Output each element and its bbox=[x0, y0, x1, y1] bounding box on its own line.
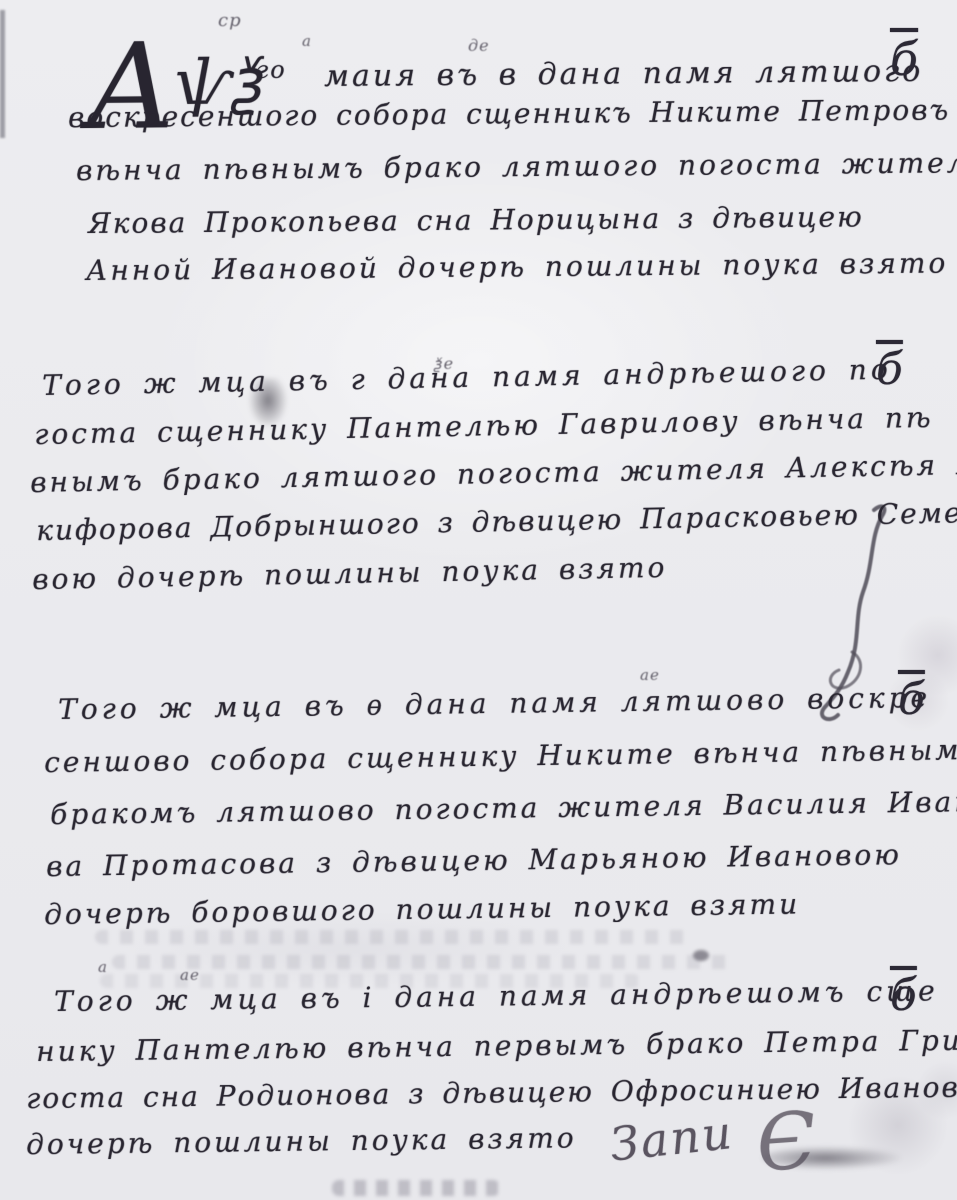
margin-fee-mark: б bbox=[898, 678, 925, 722]
superscript-mark: ае bbox=[640, 668, 660, 683]
manuscript-line: госта сщеннику Пантелѣю Гаврилову вѣнча … bbox=[34, 404, 934, 449]
manuscript-line: бракомъ лятшово погоста жителя Василия И… bbox=[50, 788, 957, 829]
manuscript-line: сеншово собора сщеннику Никите вѣнча пѣв… bbox=[44, 736, 957, 777]
manuscript-line: нику Пантелѣю вѣнча первымъ брако Петра … bbox=[36, 1027, 957, 1066]
bleed-through-text bbox=[95, 930, 695, 944]
superscript-mark: а bbox=[302, 34, 312, 49]
manuscript-line: Анной Ивановой дочерѣ пошлины поука взят… bbox=[86, 249, 948, 285]
bleed-through-text bbox=[112, 955, 732, 969]
scan-edge-artifact bbox=[0, 10, 5, 138]
manuscript-line: госта сна Родионова з дѣвицею Офросиниею… bbox=[26, 1073, 957, 1113]
bleed-through-text bbox=[332, 1180, 500, 1196]
manuscript-line: маия въ в дана памя лятшого bbox=[324, 57, 923, 92]
margin-fee-mark: б bbox=[876, 348, 903, 392]
manuscript-line: дочерѣ боровшого пошлины поука взяти bbox=[44, 890, 800, 929]
manuscript-line: Того ж мца въ ѳ дана памя лятшово воскре bbox=[58, 684, 931, 724]
manuscript-line: дочерѣ пошлины поука взято bbox=[26, 1124, 577, 1159]
manuscript-line: Якова Прокопьева сна Норицына з дѣвицею bbox=[88, 203, 864, 238]
manuscript-line: ва Протасова з дѣвицею Марьяною Ивановою bbox=[46, 841, 902, 881]
manuscript-line: вѣнча пѣвнымъ брако лятшого погоста жите… bbox=[76, 149, 957, 185]
superscript-mark: де bbox=[468, 38, 490, 54]
manuscript-line: внымъ брако лятшого погоста жителя Алекс… bbox=[30, 450, 957, 497]
margin-fee-mark: б bbox=[890, 36, 918, 82]
scribe-signature: Запи bbox=[608, 1109, 735, 1168]
margin-fee-mark: б bbox=[890, 974, 917, 1018]
manuscript-line: воскресеншого собора сщенникъ Никите Пет… bbox=[68, 96, 950, 132]
manuscript-line: вою дочерѣ пошлины поука взято bbox=[32, 554, 668, 594]
year-suffix: го bbox=[256, 58, 287, 82]
superscript-mark: ср bbox=[218, 12, 242, 30]
signature-flourish: Є bbox=[754, 1102, 821, 1184]
manuscript-line: Того ж мца въ г дана памя андрѣешого по bbox=[42, 356, 892, 400]
manuscript-line: Того ж мца въ і дана памя андрѣешомъ сще bbox=[54, 977, 939, 1016]
superscript-mark: а bbox=[98, 960, 108, 975]
superscript-mark: ае bbox=[180, 968, 200, 983]
manuscript-page: ср а де ѯе ае а ае А ѱѯ го маия въ в дан… bbox=[0, 0, 957, 1200]
